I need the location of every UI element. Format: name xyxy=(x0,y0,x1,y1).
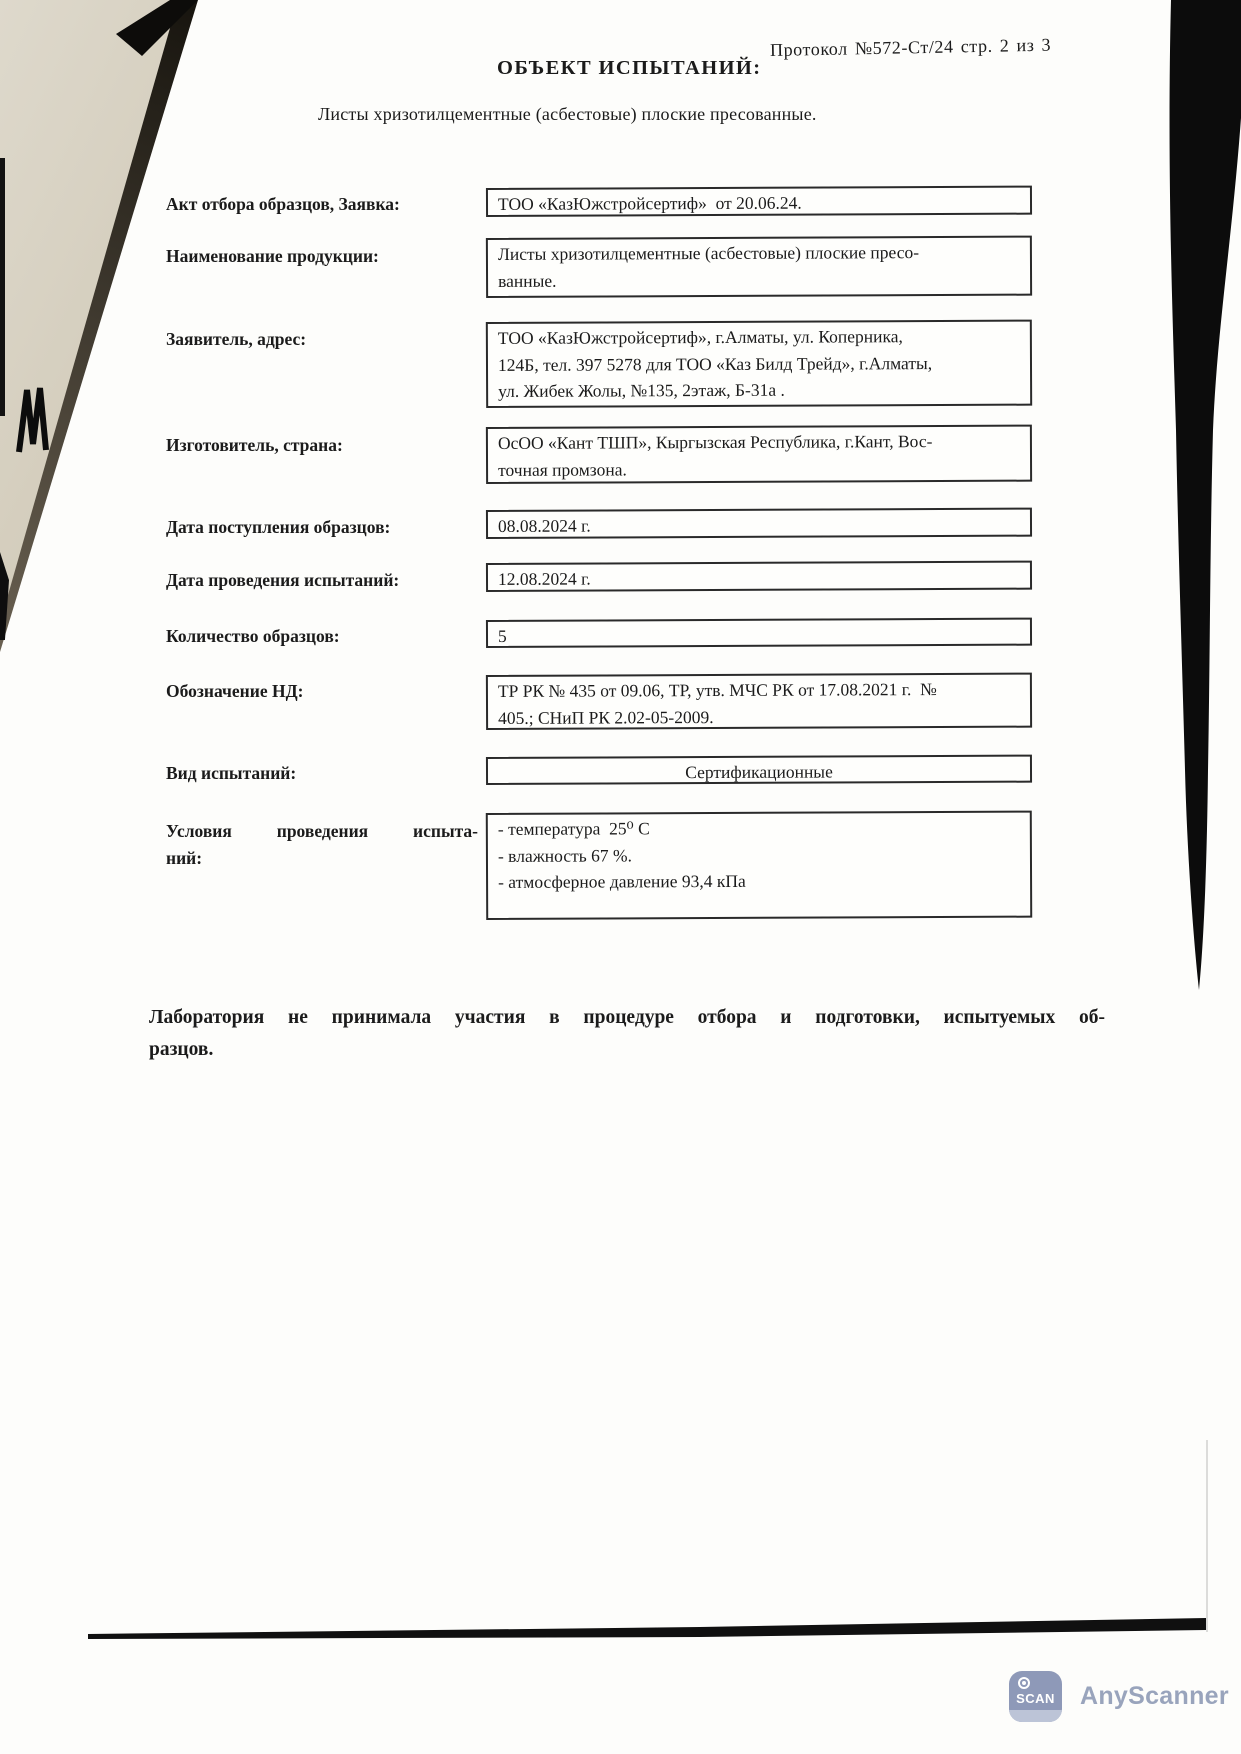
field-value-line: ванные. xyxy=(498,265,1020,294)
document-subtitle: Листы хризотилцементные (асбестовые) пло… xyxy=(318,104,817,125)
field-value-line: 405.; СНиП РК 2.02-05-2009. xyxy=(498,702,1020,731)
page-title: ОБЪЕКТ ИСПЫТАНИЙ: xyxy=(497,57,762,80)
field-value-line: ТОО «КазЮжстройсертиф» от 20.06.24. xyxy=(498,189,1020,218)
field-value-line: ТР РК № 435 от 09.06, ТР, утв. МЧС РК от… xyxy=(498,676,1020,705)
field-value-line: 5 xyxy=(498,621,1020,650)
field-value-line: - влажность 67 %. xyxy=(498,840,1020,869)
protocol-reference: Протокол №572-Ст/24 стр. 2 из 3 xyxy=(770,33,1150,61)
field-value-line: - атмосферное давление 93,4 кПа xyxy=(498,867,1020,896)
field-label: Количество образцов: xyxy=(166,623,478,650)
field-label: Вид испытаний: xyxy=(166,760,478,787)
field-label: Заявитель, адрес: xyxy=(166,326,478,353)
field-label: Дата поступления образцов: xyxy=(166,514,478,541)
field-value-line: ул. Жибек Жолы, №135, 2этаж, Б-31а . xyxy=(498,376,1020,405)
field-value-box: ТР РК № 435 от 09.06, ТР, утв. МЧС РК от… xyxy=(486,673,1032,730)
anyscanner-label: AnyScanner xyxy=(1080,1682,1229,1711)
field-label: Изготовитель, страна: xyxy=(166,432,478,459)
field-label: Наименование продукции: xyxy=(166,243,478,270)
field-value-line: Листы хризотилцементные (асбестовые) пло… xyxy=(498,239,1020,268)
field-value-box: 08.08.2024 г. xyxy=(486,508,1032,539)
scan-icon-bottom-strip xyxy=(1009,1710,1062,1722)
scan-icon-label: SCAN xyxy=(1009,1691,1062,1706)
field-label: Обозначение НД: xyxy=(166,678,478,705)
field-value-line: ОсОО «Кант ТШП», Кыргызская Республика, … xyxy=(498,428,1020,457)
field-value-line: 12.08.2024 г. xyxy=(498,564,1020,593)
scan-artifact-left-strip xyxy=(0,158,5,416)
field-value-box: - температура 25⁰ С- влажность 67 %.- ат… xyxy=(486,811,1032,920)
field-value-line: Сертификационные xyxy=(498,758,1020,787)
camera-lens-dot-icon xyxy=(1022,1681,1026,1685)
note-line: Лаборатория не принимала участия в проце… xyxy=(149,1002,1105,1034)
field-value-box: Листы хризотилцементные (асбестовые) пло… xyxy=(486,236,1032,298)
field-value-box: Сертификационные xyxy=(486,755,1032,785)
field-value-line: 08.08.2024 г. xyxy=(498,511,1020,540)
anyscanner-watermark: SCAN AnyScanner xyxy=(1009,1671,1241,1731)
note-paragraph: Лаборатория не принимала участия в проце… xyxy=(149,1002,1105,1066)
note-line: разцов. xyxy=(149,1034,1105,1066)
field-value-line: - температура 25⁰ С xyxy=(498,814,1020,843)
field-value-box: ОсОО «Кант ТШП», Кыргызская Республика, … xyxy=(486,425,1032,484)
field-value-box: 5 xyxy=(486,618,1032,648)
field-value-box: 12.08.2024 г. xyxy=(486,561,1032,592)
field-label-line: Условия проведения испыта- xyxy=(166,818,478,845)
field-value-box: ТОО «КазЮжстройсертиф», г.Алматы, ул. Ко… xyxy=(486,320,1032,408)
field-value-line: ТОО «КазЮжстройсертиф», г.Алматы, ул. Ко… xyxy=(498,323,1020,352)
scanned-document-page: Протокол №572-Ст/24 стр. 2 из 3 ОБЪЕКТ И… xyxy=(0,0,1241,1754)
scan-artifact-page-edge xyxy=(1206,1440,1208,1632)
field-label: Акт отбора образцов, Заявка: xyxy=(166,191,478,218)
field-label-line: ний: xyxy=(166,845,478,872)
field-value-line: точная промзона. xyxy=(498,454,1020,483)
field-value-line: 124Б, тел. 397 5278 для ТОО «Каз Билд Тр… xyxy=(498,349,1020,378)
scan-app-icon: SCAN xyxy=(1009,1671,1062,1722)
field-label: Условия проведения испыта-ний: xyxy=(166,818,478,872)
field-label: Дата проведения испытаний: xyxy=(166,567,478,594)
field-value-box: ТОО «КазЮжстройсертиф» от 20.06.24. xyxy=(486,186,1032,217)
